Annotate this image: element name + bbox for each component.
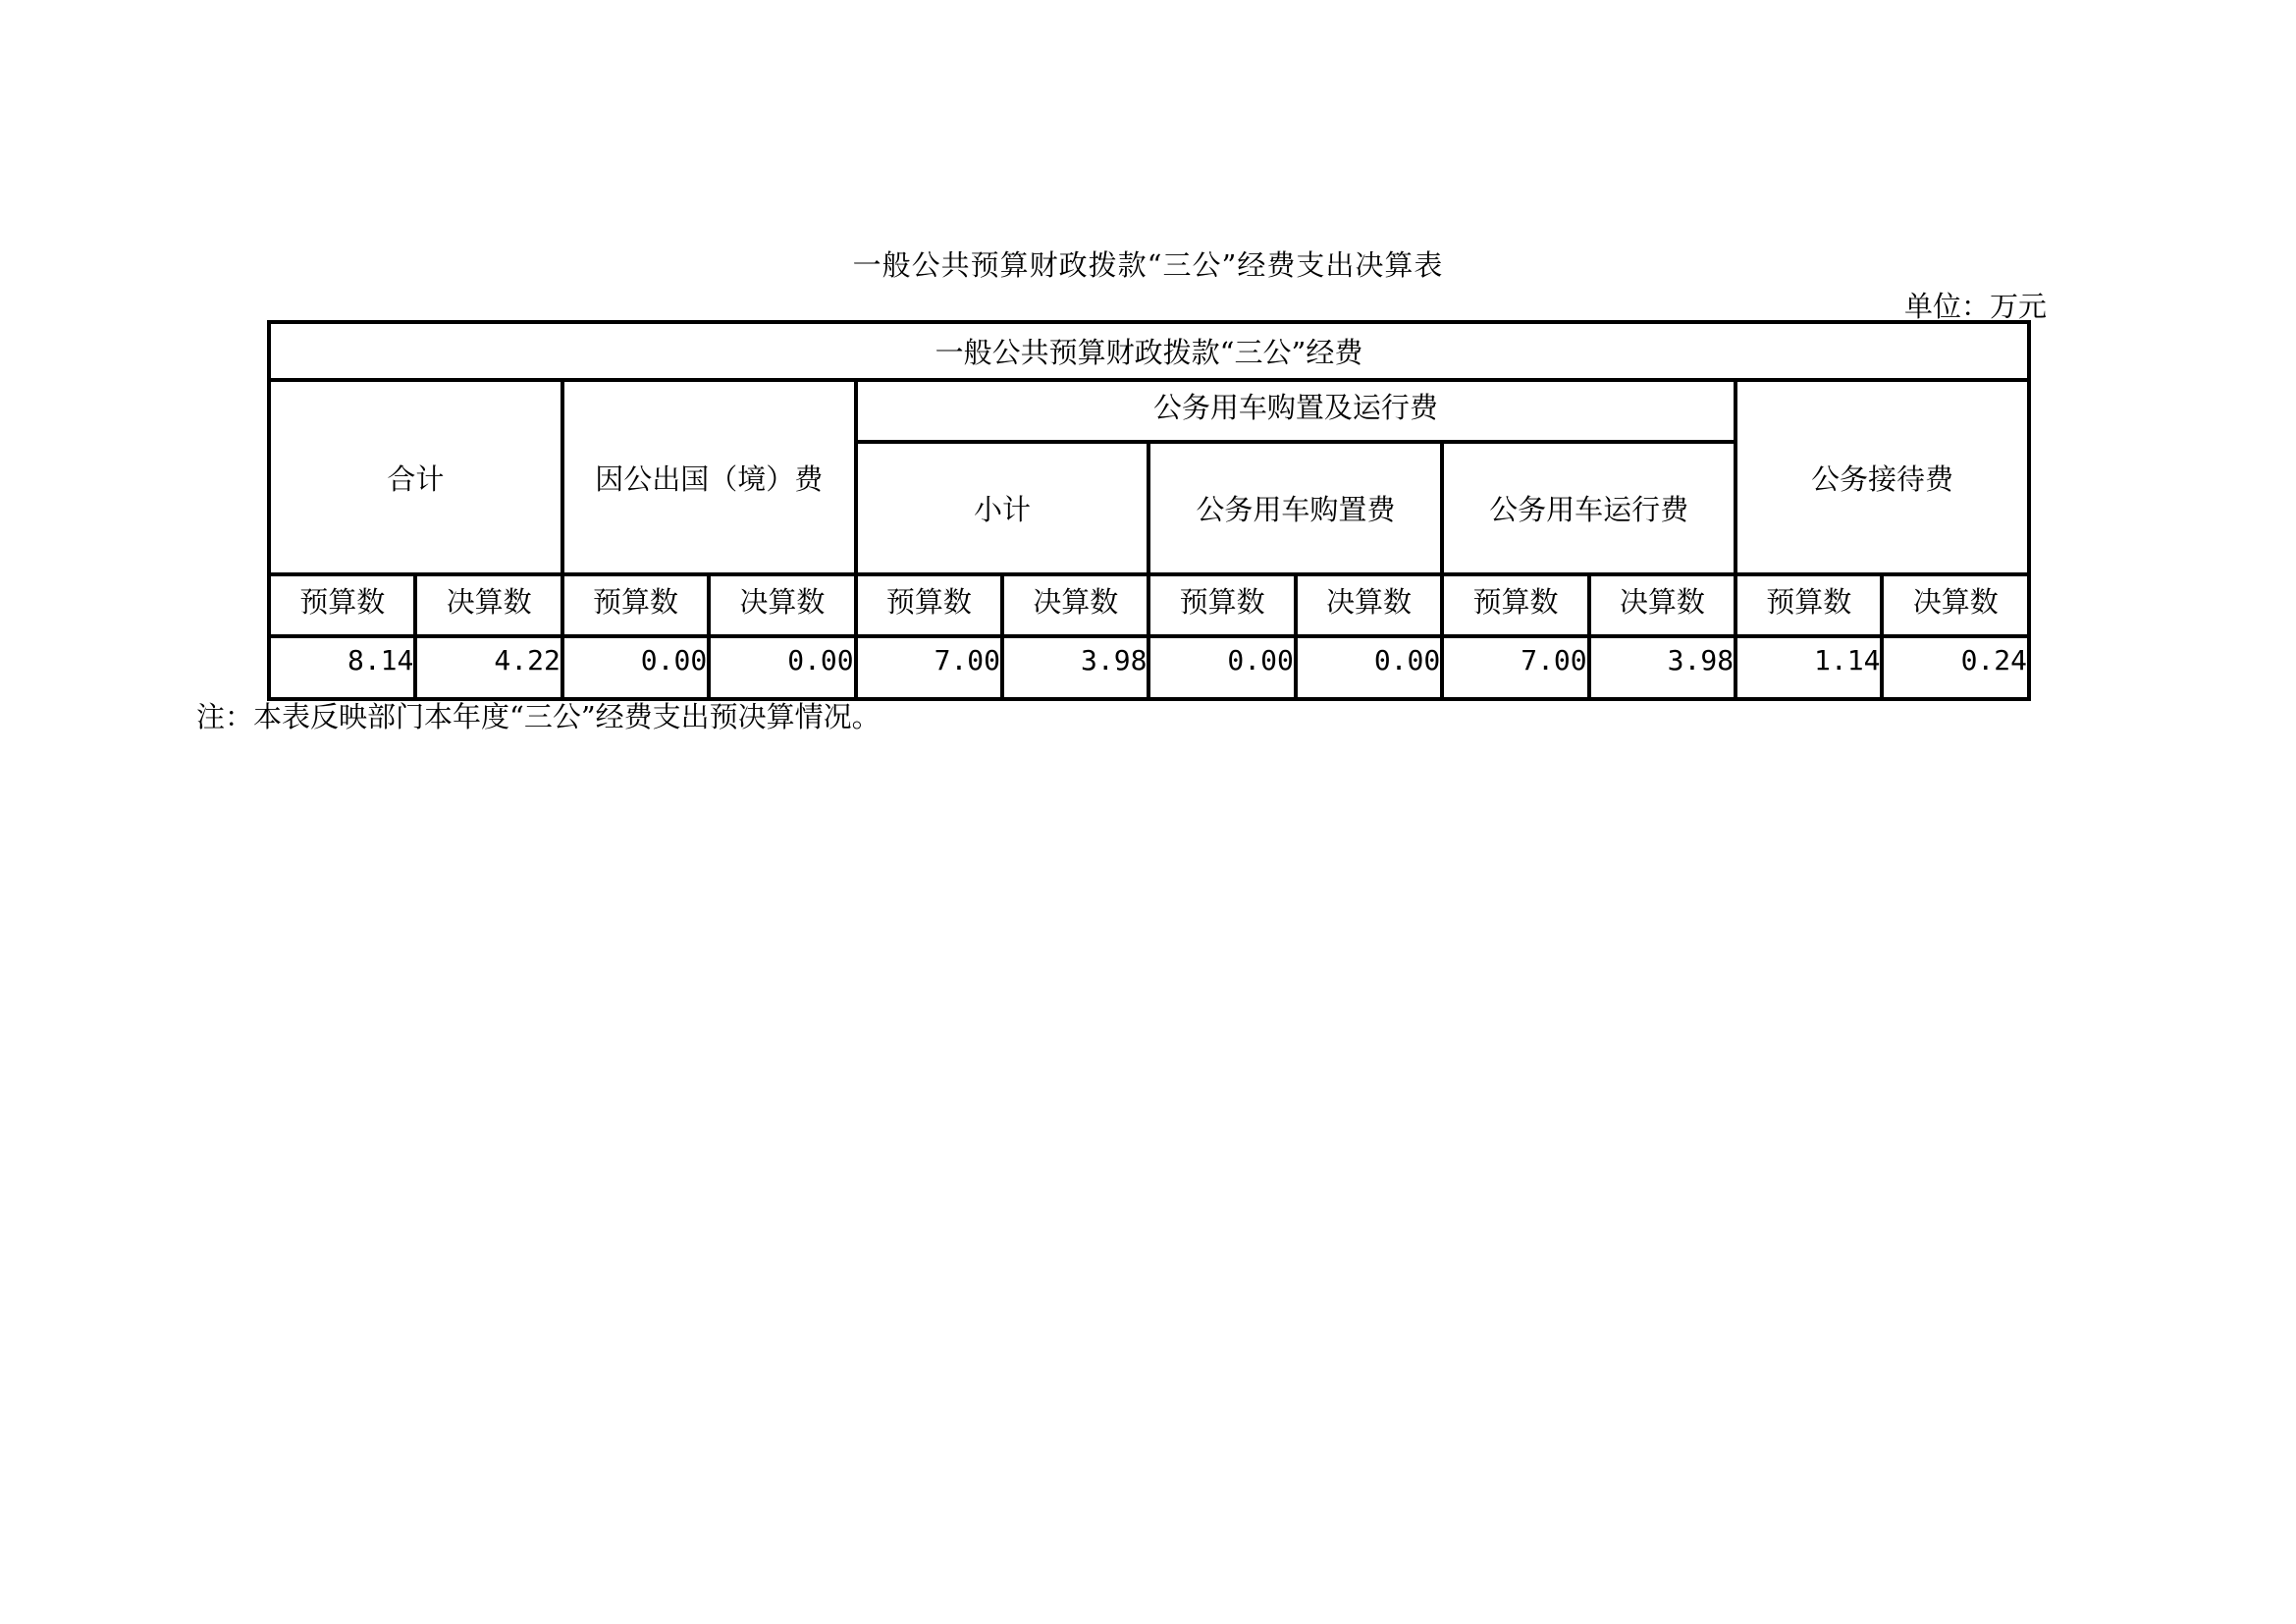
subheader-cell: 预算数 — [1148, 574, 1295, 636]
subheader-cell: 决算数 — [1296, 574, 1442, 636]
value-cell: 7.00 — [1442, 636, 1588, 699]
footnote: 注：本表反映部门本年度“三公”经费支出预决算情况。 — [196, 695, 881, 735]
header-total: 合计 — [269, 380, 562, 574]
value-cell: 0.00 — [1296, 636, 1442, 699]
subheader-cell: 预算数 — [269, 574, 415, 636]
value-cell: 3.98 — [1589, 636, 1735, 699]
subheader-cell: 预算数 — [562, 574, 709, 636]
header-reception: 公务接待费 — [1735, 380, 2029, 574]
document-title: 一般公共预算财政拨款“三公”经费支出决算表 — [0, 244, 2296, 284]
subheader-cell: 决算数 — [1589, 574, 1735, 636]
header-vehicle-purchase: 公务用车购置费 — [1148, 442, 1442, 574]
subheader-cell: 预算数 — [856, 574, 1002, 636]
subheader-cell: 决算数 — [415, 574, 561, 636]
header-vehicle: 公务用车购置及运行费 — [856, 380, 1735, 442]
value-cell: 0.00 — [1148, 636, 1295, 699]
header-vehicle-operation: 公务用车运行费 — [1442, 442, 1735, 574]
header-abroad: 因公出国（境）费 — [562, 380, 856, 574]
subheader-cell: 决算数 — [1882, 574, 2029, 636]
header-vehicle-subtotal: 小计 — [856, 442, 1149, 574]
unit-label: 单位：万元 — [1904, 285, 2047, 325]
table-row: 8.14 4.22 0.00 0.00 7.00 3.98 0.00 0.00 … — [269, 636, 2029, 699]
value-cell: 0.24 — [1882, 636, 2029, 699]
value-cell: 3.98 — [1002, 636, 1148, 699]
subheader-cell: 预算数 — [1735, 574, 1882, 636]
subheader-cell: 预算数 — [1442, 574, 1588, 636]
value-cell: 0.00 — [562, 636, 709, 699]
subheader-cell: 决算数 — [709, 574, 855, 636]
table-caption: 一般公共预算财政拨款“三公”经费 — [269, 322, 2029, 380]
subheader-cell: 决算数 — [1002, 574, 1148, 636]
value-cell: 7.00 — [856, 636, 1002, 699]
value-cell: 1.14 — [1735, 636, 1882, 699]
value-cell: 4.22 — [415, 636, 561, 699]
three-public-expenses-table: 一般公共预算财政拨款“三公”经费 合计 因公出国（境）费 公务用车购置及运行费 … — [267, 320, 2031, 701]
value-cell: 0.00 — [709, 636, 855, 699]
value-cell: 8.14 — [269, 636, 415, 699]
